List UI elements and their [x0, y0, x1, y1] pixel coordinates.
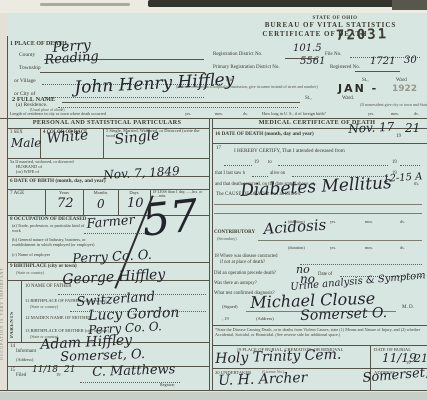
date-of-death-value: Nov. 17 — [348, 121, 395, 135]
age-months-label: Months — [83, 191, 118, 196]
undertaker-value: U. H. Archer — [218, 371, 308, 388]
fullname-st-label: St., — [305, 96, 312, 102]
sex-label: 3 SEX — [10, 130, 23, 135]
autopsy-label: Was there an autopsy? — [214, 281, 257, 286]
secondary-label: (Secondary) — [217, 237, 237, 241]
received-month-stamp: JAN - — [338, 82, 378, 95]
birthplace-note: (State or country) — [16, 271, 44, 275]
received-year-stamp: 1922 — [392, 84, 417, 94]
registration-district-label: Registration District No. — [213, 52, 262, 58]
informant-address-value: Somerset, O. — [60, 348, 145, 364]
occupation-label: 8 OCCUPATION OF DECEASED — [10, 217, 86, 223]
mos-label: mos. — [391, 112, 399, 117]
personal-section-title: PERSONAL AND STATISTICAL PARTICULARS — [7, 120, 207, 127]
mother-name-label: 12 MAIDEN NAME OF MOTHER — [25, 315, 91, 320]
father-name-value: George Hiffley — [62, 268, 166, 287]
scan-smudge — [40, 3, 130, 6]
age-years-value: 72 — [57, 197, 74, 210]
marital-status-value: Single — [114, 128, 160, 147]
cause-footnote: *State the Disease Causing Death, or in … — [215, 327, 423, 338]
ds-label: ds. — [243, 112, 248, 117]
scan-smudge — [392, 0, 427, 10]
bureau-title: BUREAU OF VITAL STATISTICS — [238, 22, 423, 30]
filed-label: Filed — [16, 373, 26, 379]
time-m-label: m. — [414, 182, 419, 187]
registration-district-value: 101.5 — [293, 44, 322, 54]
contributory-label: CONTRIBUTORY — [214, 230, 255, 236]
operation-label: Did an operation precede death? — [214, 271, 276, 276]
father-birthplace-note: (State or country) — [30, 305, 58, 309]
burial-year-value: 21 — [414, 353, 427, 364]
full-name-value: John Henry Hiffley — [74, 72, 235, 97]
filed-year-value: 21 — [64, 366, 75, 375]
duration2-yrs: yrs. — [330, 246, 336, 251]
ds-label: ds. — [414, 112, 419, 117]
place-of-burial-value: Holy Trinity Cem. — [215, 348, 342, 366]
wife-of-label: (or) WIFE of — [16, 170, 39, 175]
signature-year-label: , 19 — [222, 317, 229, 322]
yrs-label: yrs. — [185, 112, 191, 117]
occupation-trade-value: Farmer — [86, 214, 135, 231]
duration-ds: ds. — [400, 220, 405, 225]
registrar-label: Registrar — [160, 383, 175, 387]
age-label: 7 AGE — [10, 191, 24, 197]
village-label: or Village — [14, 78, 36, 84]
death-certificate-scan: OCCUPATION IS VERY IMPORTANT STATE OF OH… — [0, 0, 427, 400]
length-residence-label: Length of residence in city or town wher… — [10, 112, 106, 117]
alive-on-label: alive on — [270, 171, 285, 176]
foreign-birth-label: How long in U. S., if of foreign birth? — [262, 112, 326, 117]
color-race-value: White — [46, 128, 89, 146]
file-no-label: File No. — [325, 52, 341, 58]
last-saw-label: that I last saw h — [215, 171, 245, 176]
primary-registration-value: 5561 — [300, 57, 325, 67]
dod-year-value: 21 — [405, 122, 420, 134]
registrar-signature: C. Matthews — [92, 363, 176, 379]
to-label: to — [268, 160, 272, 165]
registered-no-value: 1721 — [370, 57, 395, 67]
occupation-industry-label: (b) General nature of Industry, business… — [12, 238, 100, 247]
burial-year-printed: 19 — [406, 360, 411, 365]
date-of-birth-label: 6 DATE OF BIRTH (month, day, and year) — [10, 179, 106, 185]
certify-number: 17 — [216, 146, 221, 152]
filed-number: 15 — [10, 368, 15, 374]
from-year-printed: 19 — [254, 160, 259, 165]
scan-bottom-band — [0, 392, 427, 400]
birthplace-label: 9 BIRTHPLACE (city or town) — [10, 264, 77, 270]
informant-label: Informant — [16, 349, 36, 355]
date-of-burial-value: 11/19 — [382, 352, 417, 364]
where-contracted-label-2: if not at place of death? — [220, 260, 265, 265]
filed-date-value: 11/18 — [32, 366, 58, 375]
date-of-birth-value: Nov. 7, 1849 — [103, 165, 180, 181]
cause-of-death-value: Diabetes Mellitus — [240, 175, 392, 200]
filed-year-printed: 19 — [56, 373, 61, 378]
certify-label: I HEREBY CERTIFY, That I attended deceas… — [234, 149, 345, 155]
county-label: County — [19, 52, 35, 58]
sex-value: Male — [11, 137, 41, 149]
certificate-number-stamp: 72031 — [336, 26, 389, 44]
informant-number: 14 — [10, 344, 15, 350]
fullname-ward-label: Ward. — [342, 96, 354, 102]
date-of-death-label: 16 DATE OF DEATH (month, day and year) — [215, 132, 314, 138]
contributory-value: Acidosis — [263, 218, 327, 237]
mos-label: mos. — [215, 112, 223, 117]
birthplace-value: Perry Co. O. — [72, 249, 152, 266]
occupation-trade-label: (a) Trade, profession, or particular kin… — [12, 224, 92, 233]
to-year-printed: 19 — [392, 160, 397, 165]
duration-yrs: yrs. — [330, 220, 336, 225]
date-of-label: Date of — [318, 272, 332, 277]
duration-mos: mos. — [365, 220, 373, 225]
signed-label: (Signed) — [222, 305, 238, 310]
scan-smudge — [148, 0, 410, 7]
margin-vertical-note: OCCUPATION IS VERY IMPORTANT — [0, 150, 4, 360]
yrs-label: yrs. — [368, 112, 374, 117]
township-label: Township — [19, 65, 41, 71]
registered-no-label: Registered No. — [330, 65, 360, 71]
duration2-label: (duration) — [288, 246, 305, 251]
registered-no-extra: 30 — [404, 56, 417, 66]
md-label: M. D. — [402, 305, 414, 311]
dod-year-printed: 19 — [396, 134, 401, 140]
village-ward-label: Ward — [396, 78, 407, 84]
parents-group-label: PARENTS — [10, 288, 15, 338]
age-months-value: 0 — [97, 198, 105, 210]
duration2-mos: mos. — [365, 246, 373, 251]
where-contracted-label-1: 18 Where was disease contracted — [214, 254, 278, 259]
physician-address-value: Somerset O. — [300, 306, 387, 323]
occupation-employer-label: (c) Name of employer — [12, 253, 50, 258]
duration2-ds: ds. — [400, 246, 405, 251]
nonresident-note: (If nonresident give city or town and St… — [360, 103, 427, 107]
township-value: Reading — [44, 50, 99, 67]
informant-address-label: (Address) — [16, 358, 33, 363]
physician-address-label: (Address) — [256, 317, 274, 322]
